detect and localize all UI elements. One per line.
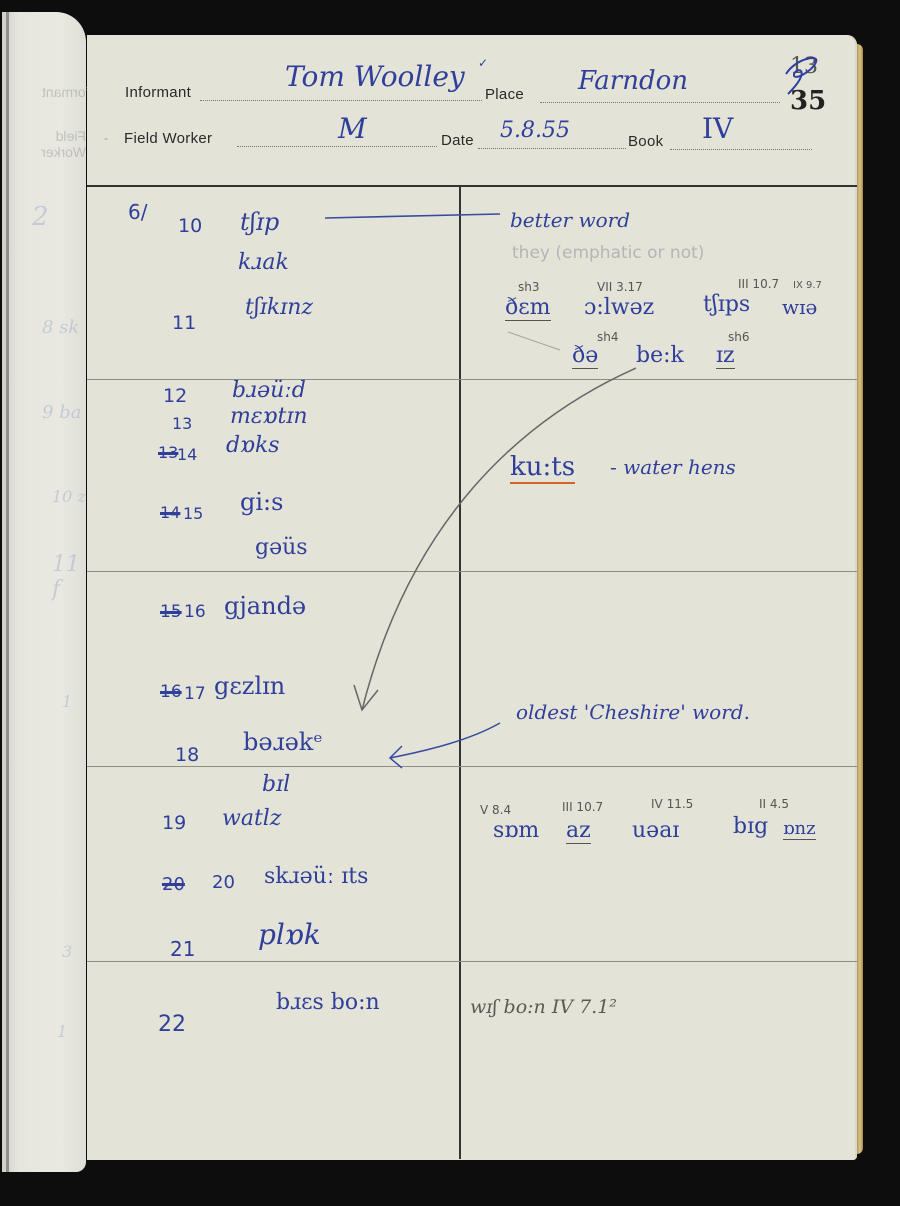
row-divider [87,961,857,962]
informant-label: Informant [125,84,191,101]
informant-value: Tom Woolley [285,60,465,93]
struck-entry-number: 14 [160,503,180,522]
entry-transcription: gɛzlɪn [214,672,285,700]
reference-tag: V 8.4 [480,803,511,817]
entry-transcription: tʃɪkɪnz [245,295,313,320]
ghost-text: 8 sk [42,317,79,338]
field-worker-dotted-line [237,146,437,147]
informant-dotted-line [200,100,482,101]
entry-transcription: watlz [222,806,281,831]
ghost-text: 2 [32,202,49,232]
entry-transcription: bəɹəkᵉ [243,728,323,756]
entry-number: 10 [178,215,202,237]
ghost-text: 10 z [52,487,86,506]
entry-number: 15 [183,504,203,523]
entry-number: 13 [172,414,192,433]
phrase-word: tʃɪps [703,292,750,317]
reference-tag: VII 3.17 [597,280,643,294]
phrase-word: ɪz [716,343,735,369]
entry-prefix: 6/ [128,200,147,224]
entry-transcription: gəüs [255,535,308,560]
reference-tag: sh3 [518,280,540,294]
entry-number: 20 [212,872,235,893]
entry-number: 16 [184,602,206,622]
ghost-text: 3 [62,942,72,961]
entry-number: 22 [158,1012,186,1037]
entry-transcription: bɹɛs bo:n [276,990,380,1015]
book-value: IV [702,112,733,145]
reference-tag: III 10.7 [738,277,779,291]
gilt-page-edge [857,44,863,1154]
informant-checkmark: ✓ [478,56,488,70]
entry-number: 17 [184,684,206,704]
row-divider [87,766,857,767]
struck-entry-number: 15 [160,602,182,622]
entry-transcription: bɪl [262,772,290,797]
ghost-text: 11 f [52,552,86,602]
entry-number: 14 [177,445,197,464]
reference-tag: IV 11.5 [651,797,693,811]
entry-transcription: skɹəüː ɪts [264,864,368,889]
pencil-note: wɪʃ bo:n IV 7.1² [470,996,617,1018]
phrase-word: be:k [636,343,684,368]
entry-transcription: bɹəüːd [232,378,306,403]
phrase-word: ðɛm [505,295,551,321]
reference-tag: sh6 [728,330,750,344]
entry-number: 21 [170,937,195,961]
phrase-word: ɒnz [783,818,816,840]
row-divider [87,571,857,572]
date-value: 5.8.55 [500,118,570,143]
ghost-text: 1 [62,692,72,711]
previous-page-edge: Informant Field Worker 2 8 sk 9 ba 10 z … [2,12,86,1172]
reference-tag: III 10.7 [562,800,603,814]
entry-number: 18 [175,744,199,766]
book-dotted-line [670,149,812,150]
phrase-word: ɔ:lwəz [584,295,654,320]
phrase-word: wɪə [782,295,817,319]
entry-number: 11 [172,312,196,334]
margin-mark: ‐ [104,131,108,145]
date-dotted-line [478,148,626,149]
field-worker-label: Field Worker [124,130,212,147]
entry-transcription: plɒk [258,918,321,951]
margin-note: oldest 'Cheshire' word. [516,700,750,724]
pencil-note: they (emphatic or not) [512,243,704,263]
entry-number: 12 [163,385,187,407]
margin-note: better word [510,208,630,232]
place-value: Farndon [578,66,688,96]
reference-tag: II 4.5 [759,797,789,811]
binding-line [6,12,9,1172]
header-rule [87,185,857,187]
phrase-word: ðə [572,343,598,369]
struck-entry-number: 20 [162,874,185,895]
row-divider [87,379,857,380]
field-worker-value: M [338,112,367,145]
notebook-page [87,35,857,1160]
reference-tag: sh4 [597,330,619,344]
phrase-word: uəaɪ [632,818,679,843]
entry-transcription: gi:s [240,488,283,516]
phrase-word: bɪg [733,814,768,839]
entry-transcription: kɹak [238,250,289,275]
date-label: Date [441,132,474,149]
word-with-orange-underline: ku:ts [510,452,575,484]
ghost-text: 1 [57,1022,67,1041]
ghost-field-worker-label: Field Worker [32,128,86,160]
struck-entry-number: 13 [158,443,178,462]
reference-tag: IX 9.7 [793,280,822,291]
entry-transcription: tʃɪp [240,208,279,236]
book-label: Book [628,133,663,150]
margin-gloss: - water hens [610,455,736,479]
column-divider [459,187,461,1159]
place-label: Place [485,86,524,103]
phrase-word: az [566,818,591,844]
entry-number: 19 [162,812,186,834]
struck-entry-number: 16 [160,682,182,702]
place-dotted-line [540,102,780,103]
phrase-word: sɒm [493,818,539,843]
entry-transcription: gjandə [224,592,306,620]
margin-word: ku:ts [510,452,575,482]
ghost-text: 9 ba [42,402,81,423]
page-number: 35 [790,86,826,116]
entry-transcription: mɛɒtɪn [230,404,308,429]
entry-transcription: dɒks [226,433,280,458]
